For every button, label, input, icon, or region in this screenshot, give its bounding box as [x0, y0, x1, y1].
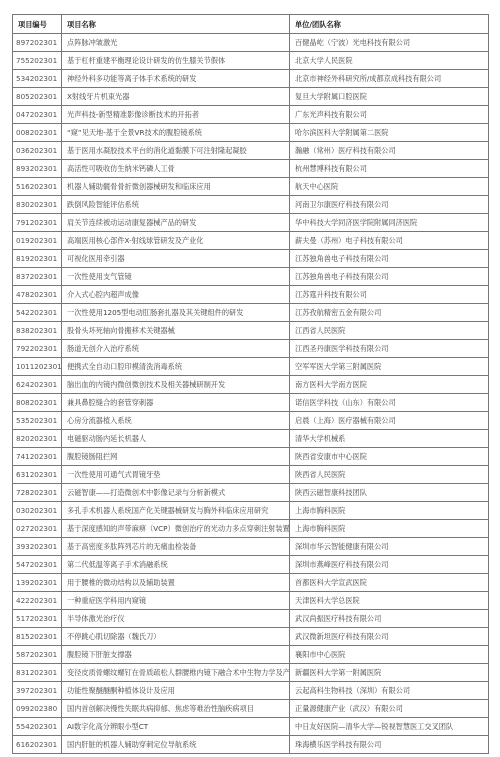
organization-cell: 复旦大学附属口腔医院 [290, 88, 489, 106]
project-name-cell: 变径皮质骨螺纹螺钉在骨质疏松人群腰椎内镜下融合术中生物力学及产品研发 [62, 664, 290, 682]
project-id-cell: 728202301 [13, 484, 62, 502]
table-row: 393202301基于高密度多肽阵列芯片的无痛血检装备深圳市华云智能健康有限公司 [13, 538, 489, 556]
project-name-cell: 心房分流器植入系统 [62, 412, 290, 430]
project-name-cell: 神经外科多功能等离子体手术系统的研发 [62, 70, 290, 88]
organization-cell: 新疆医科大学第一附属医院 [290, 664, 489, 682]
project-id-cell: 815202301 [13, 628, 62, 646]
project-name-cell: 跌倒风险智能评估系统 [62, 196, 290, 214]
organization-cell: 深圳市燕峰医疗科技有限公司 [290, 556, 489, 574]
table-row: 030202301多孔手术机器人系统国产化关键器械研发与胸外科临床应用研究上海市… [13, 502, 489, 520]
table-row: 791202301肩关节连续被动运动康复器械产品的研发华中科技大学同济医学院附属… [13, 214, 489, 232]
project-id-cell: 027202301 [13, 520, 62, 538]
project-name-cell: 兼具鼻腔缝合的套管穿刺器 [62, 394, 290, 412]
project-name-cell: 第二代低温等离子手术消融系统 [62, 556, 290, 574]
table-row: 535202301心房分流器植入系统启晨（上海）医疗器械有限公司 [13, 412, 489, 430]
table-row: 624202301脑出血的内镜内微创微创技术及相关器械研制开发南方医科大学南方医… [13, 376, 489, 394]
project-name-cell: 多孔手术机器人系统国产化关键器械研发与胸外科临床应用研究 [62, 502, 290, 520]
table-row: 893202301高活性可吸收仿生纳米钙磷人工骨杭州慧博科技有限公司 [13, 160, 489, 178]
project-id-cell: 047202301 [13, 106, 62, 124]
organization-cell: 上海市胸科医院 [290, 520, 489, 538]
table-row: 542202301一次性使用1205型电动肛肠套扎器及其关键组件的研发江苏孜航精… [13, 304, 489, 322]
project-id-cell: 542202301 [13, 304, 62, 322]
project-name-cell: 基于深度感知的声带麻痹（VCP）微创治疗的光动力多点穿刺注射装置研发 [62, 520, 290, 538]
table-row: 805202301X射线牙片机束光器复旦大学附属口腔医院 [13, 88, 489, 106]
organization-cell: 江苏孜航精密五金有限公司 [290, 304, 489, 322]
table-row: 422202301一种重症医学科用内窥镜天津医科大学总医院 [13, 592, 489, 610]
table-row: 547202301第二代低温等离子手术消融系统深圳市燕峰医疗科技有限公司 [13, 556, 489, 574]
table-row: 819202301可视化医用牵引器江苏独角兽电子科技有限公司 [13, 250, 489, 268]
table-row: 631202301一次性使用可通气式胃镜牙垫陕西省人民医院 [13, 466, 489, 484]
organization-cell: 杭州慧博科技有限公司 [290, 160, 489, 178]
organization-cell: 百健晶屹（宁波）光电科技有限公司 [290, 34, 489, 52]
project-id-cell: 1011202301 [13, 358, 62, 376]
project-id-cell: 517202301 [13, 610, 62, 628]
project-name-cell: AI数字化高分辨眼小型CT [62, 718, 290, 736]
organization-cell: 云起高科生物科技（深圳）有限公司 [290, 682, 489, 700]
organization-cell: 清华大学机械系 [290, 430, 489, 448]
project-name-cell: 机器人辅助髋骨骨折微创器械研发和临床应用 [62, 178, 290, 196]
project-id-cell: 008202301 [13, 124, 62, 142]
project-id-cell: 535202301 [13, 412, 62, 430]
project-id-cell: 393202301 [13, 538, 62, 556]
project-name-cell: 可视化医用牵引器 [62, 250, 290, 268]
project-id-cell: 755202301 [13, 52, 62, 70]
project-name-cell: 股骨头坏死轴向骨搬移术关键器械 [62, 322, 290, 340]
project-id-cell: 631202301 [13, 466, 62, 484]
organization-cell: 陕西云磁智康科技团队 [290, 484, 489, 502]
project-name-cell: 光声科技-新型精准影像诊断技术的开拓者 [62, 106, 290, 124]
organization-cell: 陕西省人民医院 [290, 466, 489, 484]
organization-cell: 南方医科大学南方医院 [290, 376, 489, 394]
table-row: 099202380国内首创解决慢性失眠共病抑郁、焦虑等难治性脑疾病项目正量源健康… [13, 700, 489, 718]
project-name-cell: 一种重症医学科用内窥镜 [62, 592, 290, 610]
project-id-cell: 478202301 [13, 286, 62, 304]
project-name-cell: 高端医用核心部件X-射线球管研发及产业化 [62, 232, 290, 250]
organization-cell: 珠海横乐医学科技有限公司 [290, 736, 489, 754]
project-id-cell: 616202301 [13, 736, 62, 754]
organization-cell: 诺信医学科技（山东）有限公司 [290, 394, 489, 412]
project-name-cell: 基于杠杆重建平衡理论设计研发的仿生膝关节假体 [62, 52, 290, 70]
project-id-cell: 547202301 [13, 556, 62, 574]
table-row: 478202301介入式心腔内超声成像江苏霆升科技有限公司 [13, 286, 489, 304]
project-name-cell: 腹腔镜下肝脏支撑器 [62, 646, 290, 664]
project-table: 项目编号 项目名称 单位/团队名称 897202301点阵脉冲皱激光百健晶屹（宁… [12, 14, 489, 754]
project-id-cell: 831202301 [13, 664, 62, 682]
organization-cell: 襄阳市中心医院 [290, 646, 489, 664]
project-name-cell: 高活性可吸收仿生纳米钙磷人工骨 [62, 160, 290, 178]
table-row: 139202301用于腰椎的微动结构以及辅助装置首都医科大学宣武医院 [13, 574, 489, 592]
organization-cell: 薪夫曼（苏州）电子科技有限公司 [290, 232, 489, 250]
table-row: 047202301光声科技-新型精准影像诊断技术的开拓者广东光声科技有限公司 [13, 106, 489, 124]
table-row: 1011202301便携式全自动口腔印模清洗消毒系统空军军医大学第三附属医院 [13, 358, 489, 376]
table-row: 741202301腹腔镜肠阻拦网陕西省安康市中心医院 [13, 448, 489, 466]
project-id-cell: 030202301 [13, 502, 62, 520]
table-row: 027202301基于深度感知的声带麻痹（VCP）微创治疗的光动力多点穿刺注射装… [13, 520, 489, 538]
project-name-cell: 国内肝脏的机器人辅助穿刺定位导航系统 [62, 736, 290, 754]
table-row: 534202301神经外科多功能等离子体手术系统的研发北京市神经外科研究所/成都… [13, 70, 489, 88]
table-row: 820202301电磁驱动肠内延长机器人清华大学机械系 [13, 430, 489, 448]
project-id-cell: 516202301 [13, 178, 62, 196]
project-name-cell: 电磁驱动肠内延长机器人 [62, 430, 290, 448]
table-row: 554202301AI数字化高分辨眼小型CT中日友好医院—清华大学—锐视智慧医工… [13, 718, 489, 736]
organization-cell: 江西圣丹康医学科技有限公司 [290, 340, 489, 358]
organization-cell: 江苏独角兽电子科技有限公司 [290, 250, 489, 268]
table-row: 019202301高端医用核心部件X-射线球管研发及产业化薪夫曼（苏州）电子科技… [13, 232, 489, 250]
table-row: 838202301股骨头坏死轴向骨搬移术关键器械江西省人民医院 [13, 322, 489, 340]
project-id-cell: 741202301 [13, 448, 62, 466]
table-row: 792202301肠道无创介入治疗系统江西圣丹康医学科技有限公司 [13, 340, 489, 358]
organization-cell: 江苏独角兽电子科技有限公司 [290, 268, 489, 286]
header-project-id: 项目编号 [13, 15, 62, 34]
project-id-cell: 838202301 [13, 322, 62, 340]
project-name-cell: 半导体激光治疗仪 [62, 610, 290, 628]
project-name-cell: 脑出血的内镜内微创微创技术及相关器械研制开发 [62, 376, 290, 394]
table-row: 897202301点阵脉冲皱激光百健晶屹（宁波）光电科技有限公司 [13, 34, 489, 52]
organization-cell: 江西省人民医院 [290, 322, 489, 340]
organization-cell: 北京大学人民医院 [290, 52, 489, 70]
project-name-cell: 云磁智康——打造微创术中影像记录与分析新模式 [62, 484, 290, 502]
project-id-cell: 808202301 [13, 394, 62, 412]
project-name-cell: 肠道无创介入治疗系统 [62, 340, 290, 358]
organization-cell: 上海市胸科医院 [290, 502, 489, 520]
organization-cell: 河南卫尔康医疗科技有限公司 [290, 196, 489, 214]
project-id-cell: 534202301 [13, 70, 62, 88]
organization-cell: 正量源健康产业（武汉）有限公司 [290, 700, 489, 718]
project-id-cell: 819202301 [13, 250, 62, 268]
organization-cell: 江苏霆升科技有限公司 [290, 286, 489, 304]
project-id-cell: 792202301 [13, 340, 62, 358]
project-id-cell: 624202301 [13, 376, 62, 394]
project-name-cell: 一次性使用1205型电动肛肠套扎器及其关键组件的研发 [62, 304, 290, 322]
project-list: 项目编号 项目名称 单位/团队名称 897202301点阵脉冲皱激光百健晶屹（宁… [12, 14, 488, 754]
project-id-cell: 791202301 [13, 214, 62, 232]
table-row: 036202301基于医用水凝胶技术平台的消化道黏膜下可注射隆起凝胶瀚融（常州）… [13, 142, 489, 160]
project-name-cell: 点阵脉冲皱激光 [62, 34, 290, 52]
header-organization: 单位/团队名称 [290, 15, 489, 34]
project-name-cell: 国内首创解决慢性失眠共病抑郁、焦虑等难治性脑疾病项目 [62, 700, 290, 718]
organization-cell: 中日友好医院—清华大学—锐视智慧医工交叉团队 [290, 718, 489, 736]
organization-cell: 首都医科大学宣武医院 [290, 574, 489, 592]
project-name-cell: 一次性使用支气管镜 [62, 268, 290, 286]
organization-cell: 哈尔滨医科大学附属第二医院 [290, 124, 489, 142]
organization-cell: 陕西省安康市中心医院 [290, 448, 489, 466]
project-id-cell: 036202301 [13, 142, 62, 160]
project-id-cell: 554202301 [13, 718, 62, 736]
table-row: 587202301腹腔镜下肝脏支撑器襄阳市中心医院 [13, 646, 489, 664]
table-header-row: 项目编号 项目名称 单位/团队名称 [13, 15, 489, 34]
organization-cell: 武汉尚振医疗科技有限公司 [290, 610, 489, 628]
organization-cell: 深圳市华云智能健康有限公司 [290, 538, 489, 556]
project-id-cell: 820202301 [13, 430, 62, 448]
project-id-cell: 837202301 [13, 268, 62, 286]
project-id-cell: 587202301 [13, 646, 62, 664]
table-row: 517202301半导体激光治疗仪武汉尚振医疗科技有限公司 [13, 610, 489, 628]
project-id-cell: 099202380 [13, 700, 62, 718]
project-name-cell: 基于高密度多肽阵列芯片的无痛血检装备 [62, 538, 290, 556]
project-name-cell: “窥”见天地-基于全景VR技术的腹腔镜系统 [62, 124, 290, 142]
organization-cell: 启晨（上海）医疗器械有限公司 [290, 412, 489, 430]
project-name-cell: 不停跳心肌切除器（魏氏刀） [62, 628, 290, 646]
table-row: 755202301基于杠杆重建平衡理论设计研发的仿生膝关节假体北京大学人民医院 [13, 52, 489, 70]
project-id-cell: 830202301 [13, 196, 62, 214]
organization-cell: 华中科技大学同济医学院附属同济医院 [290, 214, 489, 232]
project-id-cell: 897202301 [13, 34, 62, 52]
project-id-cell: 019202301 [13, 232, 62, 250]
table-row: 837202301一次性使用支气管镜江苏独角兽电子科技有限公司 [13, 268, 489, 286]
table-body: 897202301点阵脉冲皱激光百健晶屹（宁波）光电科技有限公司75520230… [13, 34, 489, 754]
organization-cell: 航天中心医院 [290, 178, 489, 196]
project-name-cell: 腹腔镜肠阻拦网 [62, 448, 290, 466]
table-row: 616202301国内肝脏的机器人辅助穿刺定位导航系统珠海横乐医学科技有限公司 [13, 736, 489, 754]
table-row: 008202301“窥”见天地-基于全景VR技术的腹腔镜系统哈尔滨医科大学附属第… [13, 124, 489, 142]
organization-cell: 广东光声科技有限公司 [290, 106, 489, 124]
project-name-cell: 基于医用水凝胶技术平台的消化道黏膜下可注射隆起凝胶 [62, 142, 290, 160]
project-name-cell: 用于腰椎的微动结构以及辅助装置 [62, 574, 290, 592]
project-id-cell: 397202301 [13, 682, 62, 700]
project-id-cell: 893202301 [13, 160, 62, 178]
organization-cell: 空军军医大学第三附属医院 [290, 358, 489, 376]
table-row: 516202301机器人辅助髋骨骨折微创器械研发和临床应用航天中心医院 [13, 178, 489, 196]
table-row: 831202301变径皮质骨螺纹螺钉在骨质疏松人群腰椎内镜下融合术中生物力学及产… [13, 664, 489, 682]
project-name-cell: 功能性聚醚醚酮种植体设计及应用 [62, 682, 290, 700]
header-project-name: 项目名称 [62, 15, 290, 34]
table-row: 397202301功能性聚醚醚酮种植体设计及应用云起高科生物科技（深圳）有限公司 [13, 682, 489, 700]
project-name-cell: 肩关节连续被动运动康复器械产品的研发 [62, 214, 290, 232]
project-name-cell: 介入式心腔内超声成像 [62, 286, 290, 304]
project-name-cell: 一次性使用可通气式胃镜牙垫 [62, 466, 290, 484]
project-id-cell: 139202301 [13, 574, 62, 592]
project-name-cell: X射线牙片机束光器 [62, 88, 290, 106]
organization-cell: 瀚融（常州）医疗科技有限公司 [290, 142, 489, 160]
table-row: 808202301兼具鼻腔缝合的套管穿刺器诺信医学科技（山东）有限公司 [13, 394, 489, 412]
project-name-cell: 便携式全自动口腔印模清洗消毒系统 [62, 358, 290, 376]
table-row: 728202301云磁智康——打造微创术中影像记录与分析新模式陕西云磁智康科技团… [13, 484, 489, 502]
project-id-cell: 422202301 [13, 592, 62, 610]
table-row: 830202301跌倒风险智能评估系统河南卫尔康医疗科技有限公司 [13, 196, 489, 214]
organization-cell: 天津医科大学总医院 [290, 592, 489, 610]
organization-cell: 武汉微新坦医疗科技有限公司 [290, 628, 489, 646]
project-id-cell: 805202301 [13, 88, 62, 106]
table-row: 815202301不停跳心肌切除器（魏氏刀）武汉微新坦医疗科技有限公司 [13, 628, 489, 646]
organization-cell: 北京市神经外科研究所/成都京成科技有限公司 [290, 70, 489, 88]
